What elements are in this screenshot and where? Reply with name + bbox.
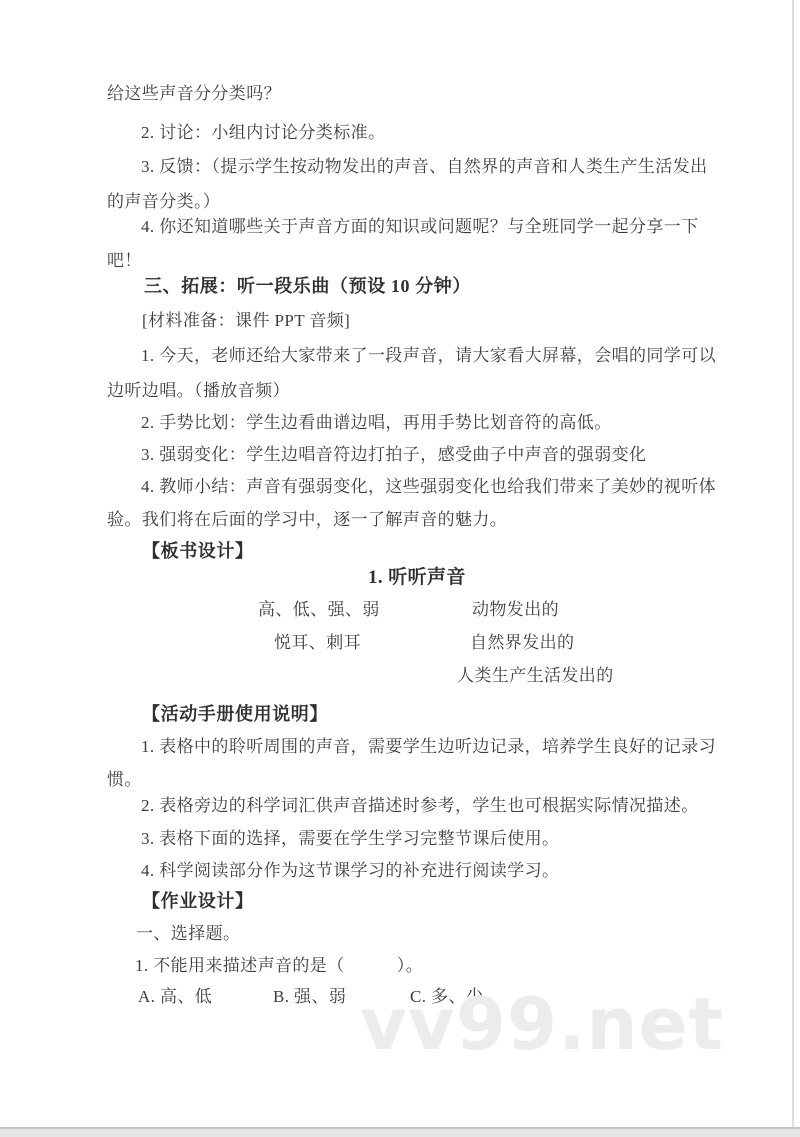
step-share-continued: 吧！ <box>107 250 142 272</box>
section-heading-expansion: 三、拓展：听一段乐曲（预设 10 分钟） <box>144 275 471 297</box>
step-play-audio: 1. 今天，老师还给大家带来了一段声音，请大家看大屏幕，会唱的同学可以 <box>141 345 716 367</box>
board-lesson-title: 1. 听听声音 <box>368 567 466 589</box>
homework-section-title: 一、选择题。 <box>136 923 240 945</box>
board-item-human-sounds: 人类生产生活发出的 <box>457 665 614 687</box>
handbook-note-2: 2. 表格旁边的科学词汇供声音描述时参考，学生也可根据实际情况描述。 <box>141 795 699 817</box>
board-item-animal-sounds: 动物发出的 <box>472 599 559 621</box>
step-teacher-summary: 4. 教师小结：声音有强弱变化，这些强弱变化也给我们带来了美妙的视听体 <box>141 476 716 498</box>
document-page: 给这些声音分分类吗？ 2. 讨论：小组内讨论分类标准。 3. 反馈：（提示学生按… <box>0 0 800 1137</box>
heading-handbook-instructions: 【活动手册使用说明】 <box>142 703 328 725</box>
step-play-audio-continued: 边听边唱。（播放音频） <box>107 380 290 402</box>
page-edge-bottom <box>0 1127 800 1137</box>
step-discussion: 2. 讨论：小组内讨论分类标准。 <box>141 122 385 144</box>
board-item-pitch-strength: 高、低、强、弱 <box>258 599 380 621</box>
board-item-pleasant-harsh: 悦耳、刺耳 <box>274 632 361 654</box>
watermark-text: vv99.net <box>360 988 724 1060</box>
homework-question-1: 1. 不能用来描述声音的是（ ）。 <box>135 955 423 977</box>
step-feedback-continued: 的声音分类。） <box>107 191 220 213</box>
step-teacher-summary-continued: 验。我们将在后面的学习中，逐一了解声音的魅力。 <box>107 509 507 531</box>
step-gesture: 2. 手势比划：学生边看曲谱边唱，再用手势比划音符的高低。 <box>141 412 612 434</box>
homework-option-a: A. 高、低 <box>138 986 212 1008</box>
handbook-note-1: 1. 表格中的聆听周围的声音，需要学生边听边记录，培养学生良好的记录习 <box>141 736 716 758</box>
paragraph-classify-question: 给这些声音分分类吗？ <box>107 83 281 105</box>
page-edge-right <box>792 0 794 1128</box>
step-feedback: 3. 反馈：（提示学生按动物发出的声音、自然界的声音和人类生产生活发出 <box>141 156 708 178</box>
handbook-note-3: 3. 表格下面的选择，需要在学生学习完整节课后使用。 <box>141 828 559 850</box>
step-dynamics: 3. 强弱变化：学生边唱音符边打拍子，感受曲子中声音的强弱变化 <box>141 444 646 466</box>
handbook-note-4: 4. 科学阅读部分作为这节课学习的补充进行阅读学习。 <box>141 860 559 882</box>
handbook-note-1-continued: 惯。 <box>107 769 142 791</box>
board-item-nature-sounds: 自然界发出的 <box>470 632 574 654</box>
step-share-question: 4. 你还知道哪些关于声音方面的知识或问题呢？与全班同学一起分享一下 <box>141 216 699 238</box>
homework-option-b: B. 强、弱 <box>273 986 346 1008</box>
materials-note: [材料准备：课件 PPT 音频] <box>142 310 350 332</box>
heading-board-design: 【板书设计】 <box>142 540 254 562</box>
heading-homework-design: 【作业设计】 <box>142 890 254 912</box>
